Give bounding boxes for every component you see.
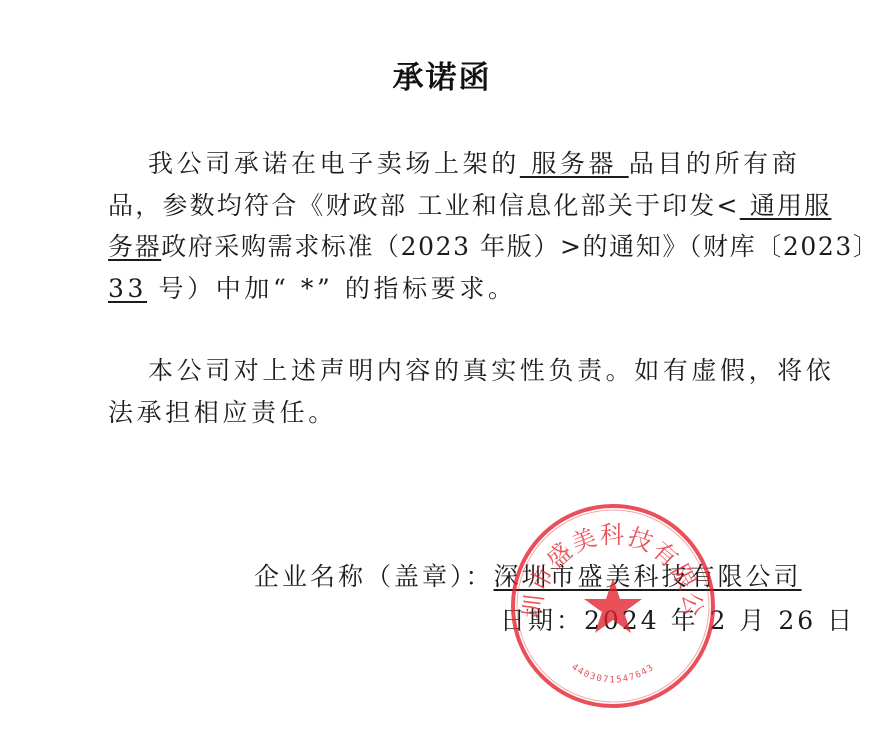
document-number: 33 — [108, 274, 147, 303]
svg-text:4403071547643: 4403071547643 — [569, 662, 656, 685]
company-signature-line: 企业名称（盖章）：深圳市盛美科技有限公司 — [254, 560, 802, 594]
text: 品目的所有商 — [629, 149, 801, 178]
text: 本公司对上述声明内容的真实性负责。如有虚假，将依 — [148, 356, 834, 385]
company-name: 深圳市盛美科技有限公司 — [494, 562, 802, 591]
text: 政府采购需求标准（2023 年版）>的通知》（财库〔2023〕 — [161, 232, 879, 261]
paragraph1-line3: 务器政府采购需求标准（2023 年版）>的通知》（财库〔2023〕 — [108, 230, 879, 264]
text: 法承担相应责任。 — [108, 398, 337, 427]
date-label: 日期： — [500, 606, 584, 635]
document-page: 承诺函 我公司承诺在电子卖场上架的 服务器 品目的所有商 品，参数均符合《财政部… — [0, 0, 884, 748]
paragraph1-line2: 品，参数均符合《财政部 工业和信息化部关于印发< 通用服 — [108, 189, 831, 223]
paragraph2-line1: 本公司对上述声明内容的真实性负责。如有虚假，将依 — [148, 354, 834, 388]
text: 号）中加“ *” 的指标要求。 — [147, 274, 517, 303]
text: 我公司承诺在电子卖场上架的 — [148, 149, 520, 178]
document-title: 承诺函 — [0, 52, 884, 97]
date-line: 日期：2024 年 2 月 26 日 — [500, 604, 855, 638]
paragraph1-line4: 33 号）中加“ *” 的指标要求。 — [108, 272, 517, 306]
company-label: 企业名称（盖章）： — [254, 562, 494, 591]
text: 品，参数均符合《财政部 工业和信息化部关于印发< — [108, 191, 740, 220]
standard-name-part2: 务器 — [108, 232, 161, 261]
standard-name-part1: 通用服 — [740, 191, 832, 220]
paragraph2-line2: 法承担相应责任。 — [108, 396, 337, 430]
date-value: 2024 年 2 月 26 日 — [584, 606, 855, 635]
paragraph1-line1: 我公司承诺在电子卖场上架的 服务器 品目的所有商 — [148, 147, 800, 181]
seal-code-text: 4403071547643 — [569, 662, 656, 685]
product-category: 服务器 — [520, 149, 629, 178]
